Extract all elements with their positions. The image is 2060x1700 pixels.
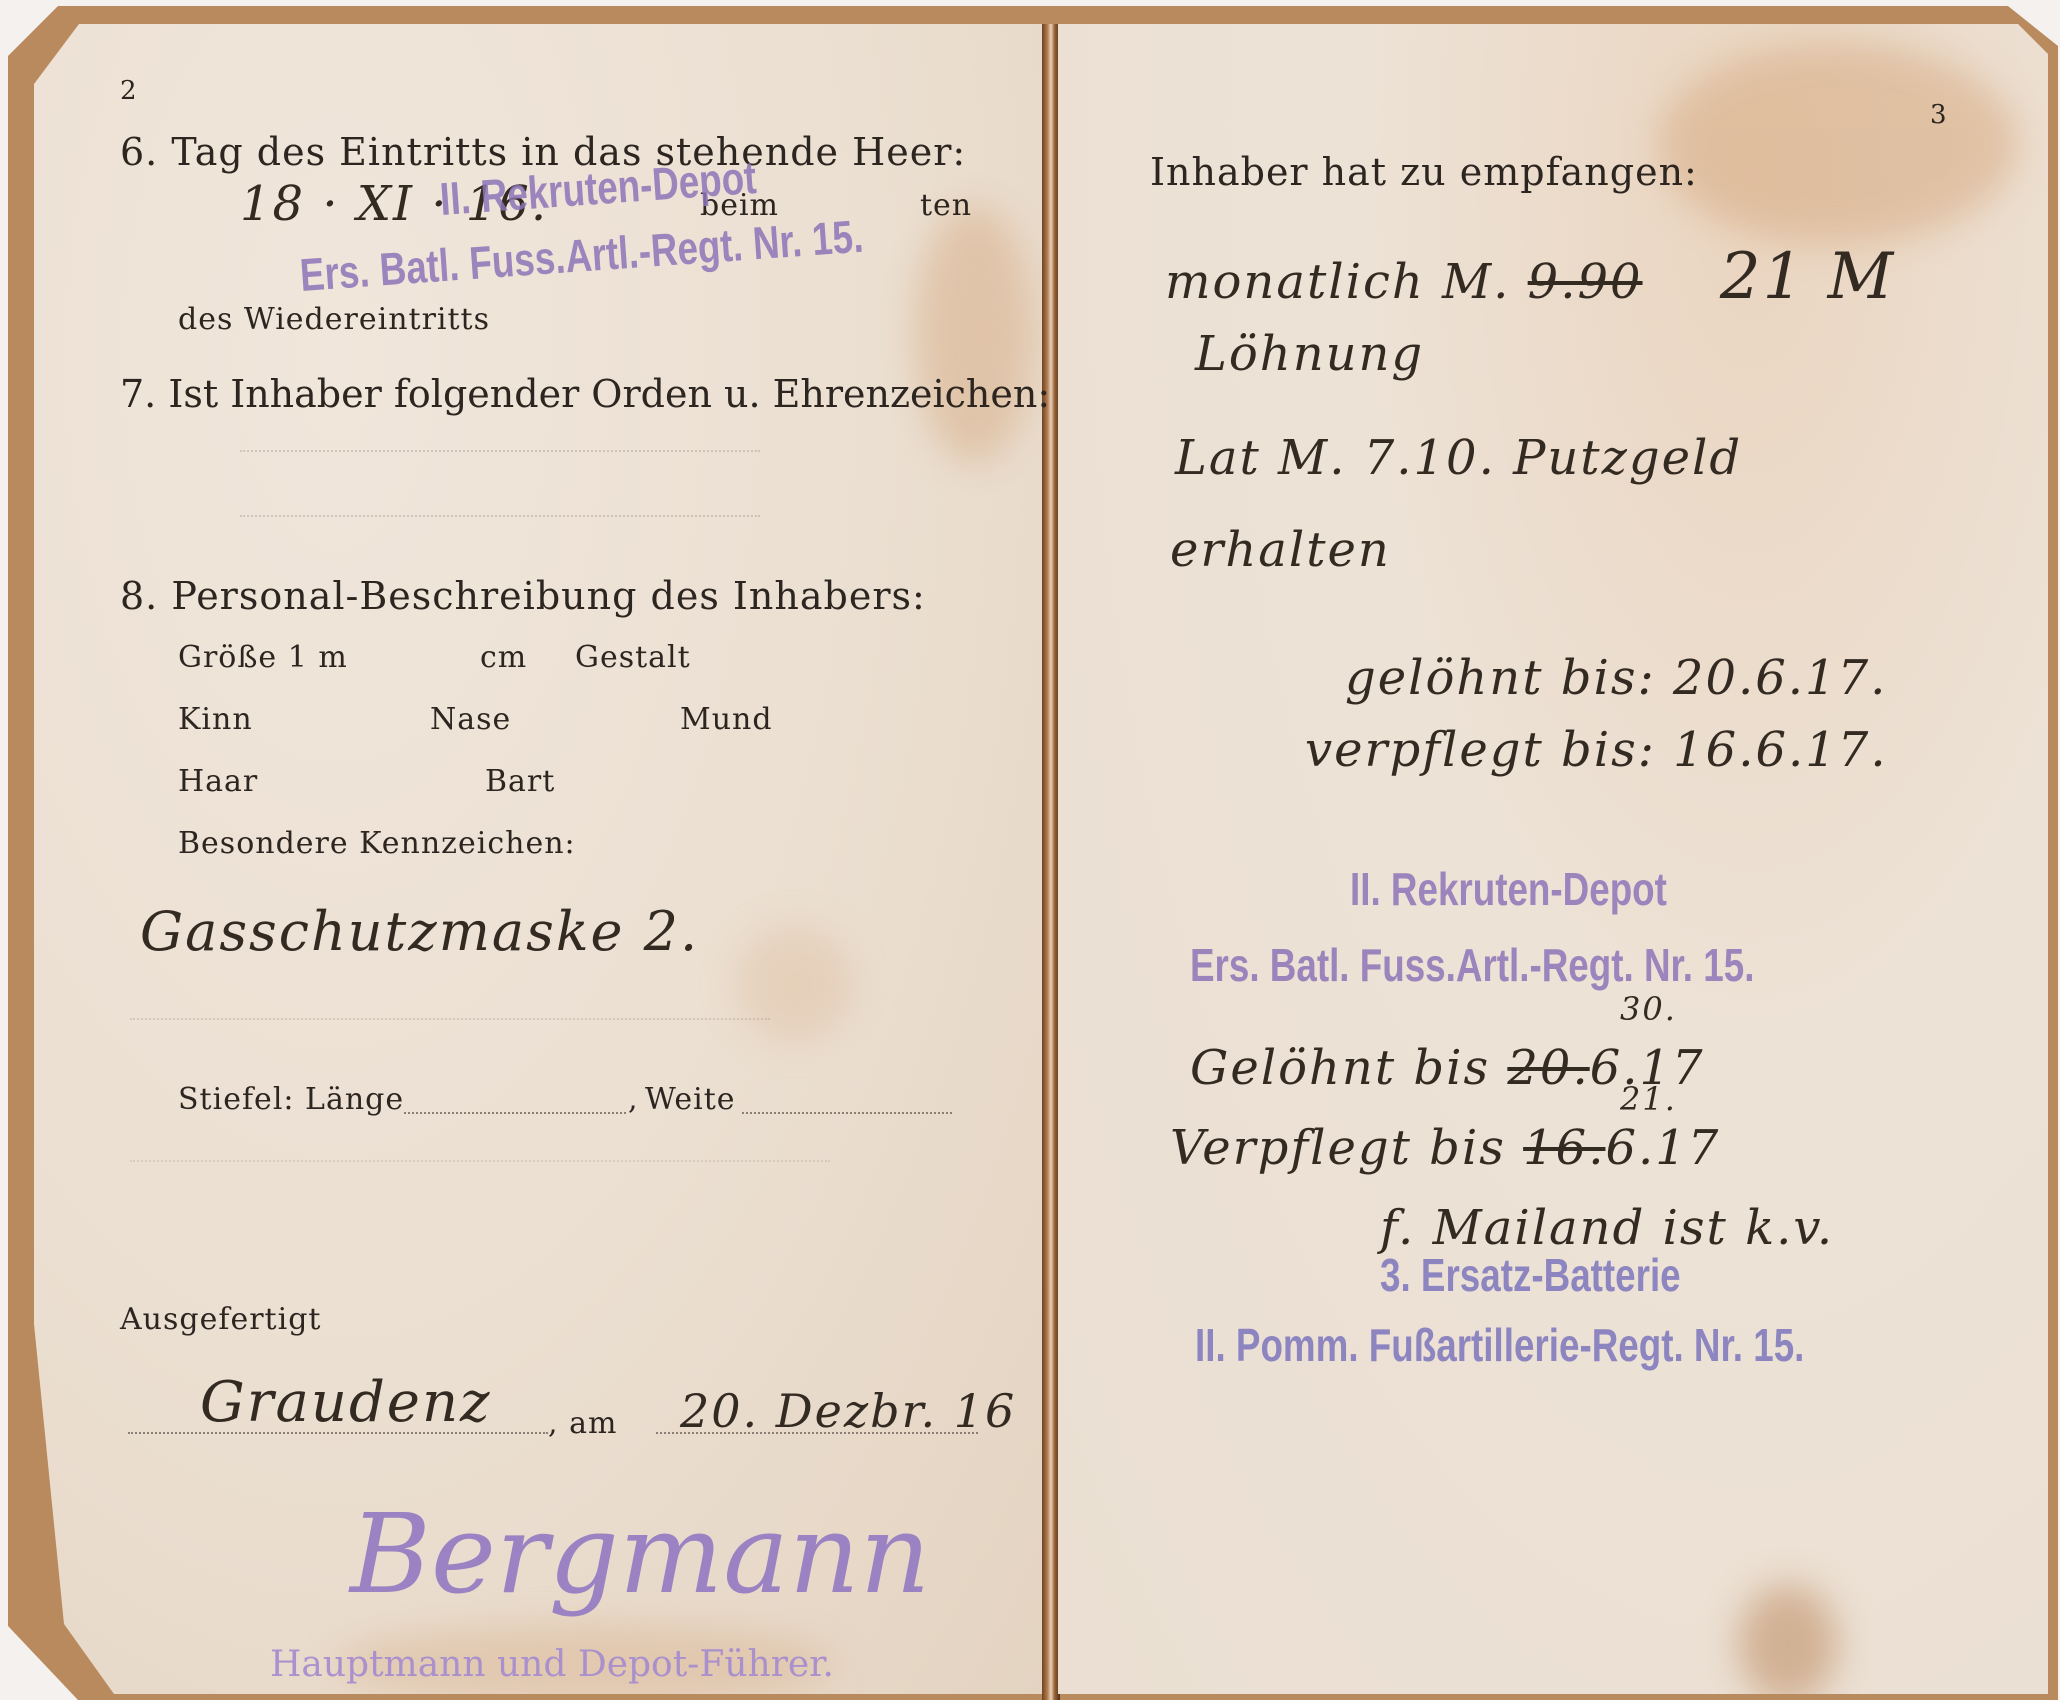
- fed-correction: 21.: [1620, 1080, 1677, 1118]
- page-number-left: 2: [120, 76, 138, 106]
- kennzeichen-label: Besondere Kennzeichen:: [178, 826, 576, 861]
- book-spine: [1042, 24, 1060, 1700]
- pay-line2: Löhnung: [1195, 326, 1424, 382]
- paid-until-1: gelöhnt bis: 20.6.17.: [1345, 650, 1887, 706]
- item7-label: 7. Ist Inhaber folgender Orden u. Ehrenz…: [120, 372, 1050, 416]
- haar-label: Haar: [178, 764, 258, 799]
- issued-place: Graudenz: [200, 1370, 492, 1435]
- fed-until-1: verpflegt bis: 16.6.17.: [1305, 722, 1888, 778]
- kinn-label: Kinn: [178, 702, 253, 737]
- new-amount: 21 M: [1720, 240, 1895, 314]
- pay-line1: monatlich M. 9.90 21 M: [1165, 240, 1895, 314]
- date-field: [656, 1432, 978, 1434]
- receipt-heading: Inhaber hat zu empfangen:: [1150, 150, 1698, 194]
- pay-line3: Lat M. 7.10. Putzgeld: [1175, 430, 1742, 486]
- stamp-right2-line1: 3. Ersatz-Batterie: [1380, 1248, 1681, 1302]
- fed-until-2: Verpflegt bis 16.6.17: [1170, 1120, 1720, 1176]
- boots-length-field: [404, 1112, 626, 1114]
- am-label: , am: [548, 1406, 617, 1441]
- blank-line: [240, 515, 760, 517]
- issued-label: Ausgefertigt: [120, 1302, 321, 1337]
- cm-label: cm: [480, 640, 527, 675]
- nase-label: Nase: [430, 702, 511, 737]
- pay-line4: erhalten: [1170, 522, 1391, 578]
- stamp-right2-line2: II. Pomm. Fußartillerie-Regt. Nr. 15.: [1195, 1318, 1804, 1372]
- boots-width-field: [742, 1112, 952, 1114]
- bart-label: Bart: [485, 764, 555, 799]
- blank-line: [130, 1160, 830, 1162]
- kennzeichen-value: Gasschutzmaske 2.: [140, 900, 699, 963]
- paid-correction: 30.: [1620, 990, 1677, 1028]
- stamp-right1-line1: II. Rekruten-Depot: [1350, 862, 1667, 916]
- place-field: [128, 1432, 548, 1434]
- mund-label: Mund: [680, 702, 773, 737]
- blank-line: [240, 450, 760, 452]
- boots-width-label: Weite: [645, 1082, 736, 1117]
- item8-label: 8. Personal-Beschreibung des Inhabers:: [120, 574, 926, 618]
- issued-date: 20. Dezbr. 16: [680, 1384, 1016, 1438]
- stamp-right1-line2: Ers. Batl. Fuss.Artl.-Regt. Nr. 15.: [1190, 938, 1754, 992]
- commander-signature: Bergmann: [350, 1490, 931, 1618]
- page-number-right: 3: [1930, 100, 1948, 130]
- boots-comma: ,: [628, 1082, 639, 1117]
- blank-line: [130, 1018, 770, 1020]
- reentry-label: des Wiedereintritts: [178, 302, 490, 337]
- gestalt-label: Gestalt: [575, 640, 691, 675]
- groesse-label: Größe 1 m: [178, 640, 348, 675]
- ten-label: ten: [920, 188, 972, 223]
- commander-title: Hauptmann und Depot-Führer.: [270, 1644, 834, 1685]
- boots-length-label: Stiefel: Länge: [178, 1082, 404, 1117]
- struck-amount: 9.90: [1528, 254, 1643, 310]
